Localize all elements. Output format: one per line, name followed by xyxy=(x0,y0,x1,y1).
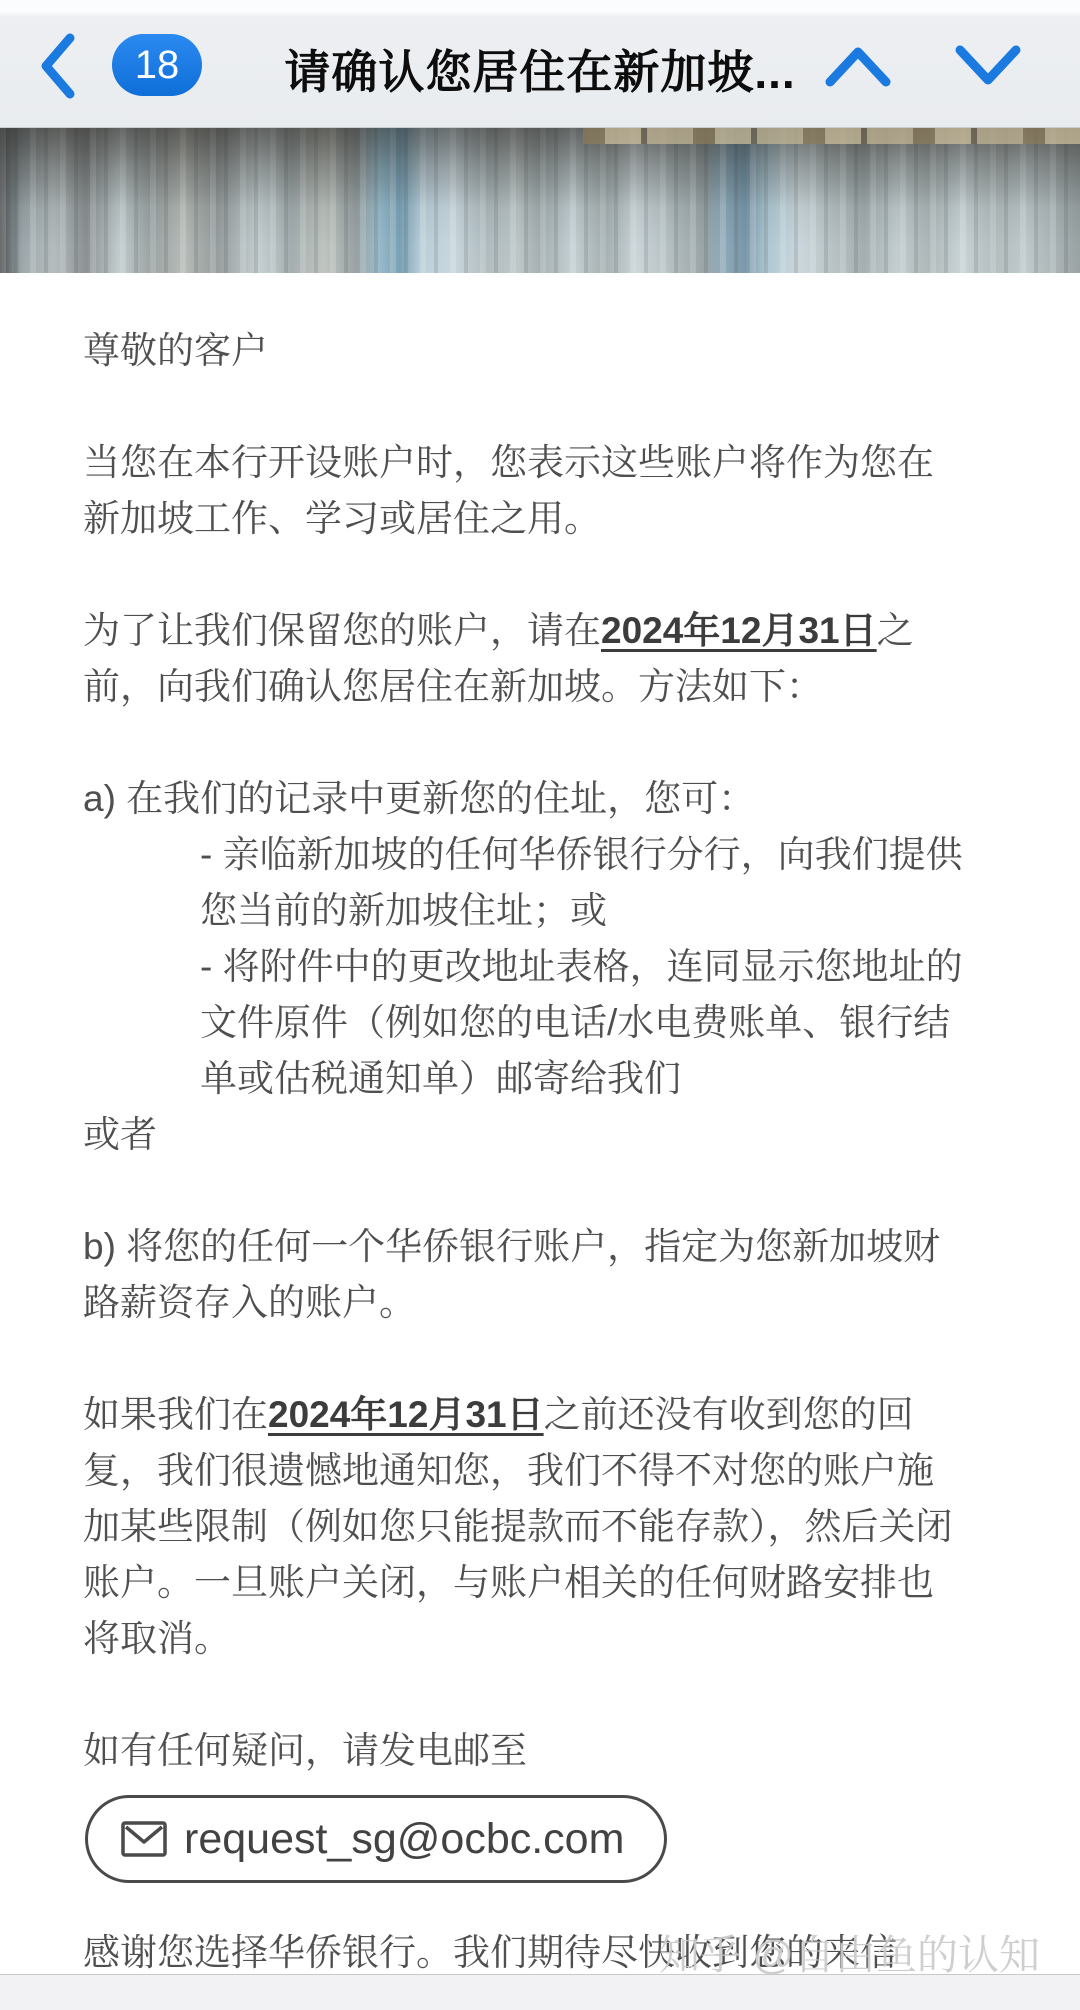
deadline-prefix: 为了让我们保留您的账户，请在 xyxy=(83,610,601,651)
option-a-item-2: - 将附件中的更改地址表格，连同显示您地址的文件原件（例如您的电话/水电费账单、… xyxy=(83,939,964,1107)
deadline-date: 2024年12月31日 xyxy=(601,610,877,651)
greeting-text: 尊敬的客户 xyxy=(83,323,964,379)
email-body: 尊敬的客户 当您在本行开设账户时，您表示这些账户将作为您在新加坡工作、学习或居住… xyxy=(0,273,1080,1981)
warning-prefix: 如果我们在 xyxy=(83,1394,268,1435)
option-a-item-1: - 亲临新加坡的任何华侨银行分行，向我们提供您当前的新加坡住址；或 xyxy=(83,827,964,939)
zhihu-watermark: 知乎 @自由鱼的认知 xyxy=(659,1922,1040,1981)
intro-paragraph: 当您在本行开设账户时，您表示这些账户将作为您在新加坡工作、学习或居住之用。 xyxy=(83,435,964,547)
unread-count: 18 xyxy=(135,43,180,88)
deadline-paragraph: 为了让我们保留您的账户，请在2024年12月31日之前，向我们确认您居住在新加坡… xyxy=(83,603,964,715)
email-subject-title: 请确认您居住在新加坡... xyxy=(284,36,795,102)
chevron-left-icon xyxy=(36,30,80,102)
warning-paragraph: 如果我们在2024年12月31日之前还没有收到您的回复，我们很遗憾地通知您，我们… xyxy=(83,1387,964,1667)
nav-bar: 18 请确认您居住在新加坡... xyxy=(0,0,1080,128)
or-text: 或者 xyxy=(83,1107,964,1163)
mail-app-screen: 18 请确认您居住在新加坡... 尊敬的客户 当您在本行开设账户时，您表示这些账… xyxy=(0,0,1080,2010)
chevron-up-icon xyxy=(822,42,894,90)
chevron-down-icon xyxy=(952,42,1024,90)
warning-deadline-date: 2024年12月31日 xyxy=(268,1394,544,1435)
option-a-label: a) 在我们的记录中更新您的住址，您可： xyxy=(83,771,964,827)
previous-message-button[interactable] xyxy=(822,34,894,98)
pier-reflection-detail xyxy=(583,128,1080,144)
contact-line: 如有任何疑问，请发电邮至 xyxy=(83,1723,964,1779)
unread-count-badge: 18 xyxy=(112,34,202,96)
email-address-label: request_sg@ocbc.com xyxy=(184,1811,624,1867)
next-message-button[interactable] xyxy=(952,34,1024,98)
email-header-image xyxy=(0,128,1080,273)
option-b-paragraph: b) 将您的任何一个华侨银行账户，指定为您新加坡财路薪资存入的账户。 xyxy=(83,1219,964,1331)
bottom-toolbar xyxy=(0,1974,1080,2010)
envelope-icon xyxy=(120,1819,168,1859)
back-button[interactable] xyxy=(30,28,86,104)
email-address-button[interactable]: request_sg@ocbc.com xyxy=(85,1795,667,1883)
